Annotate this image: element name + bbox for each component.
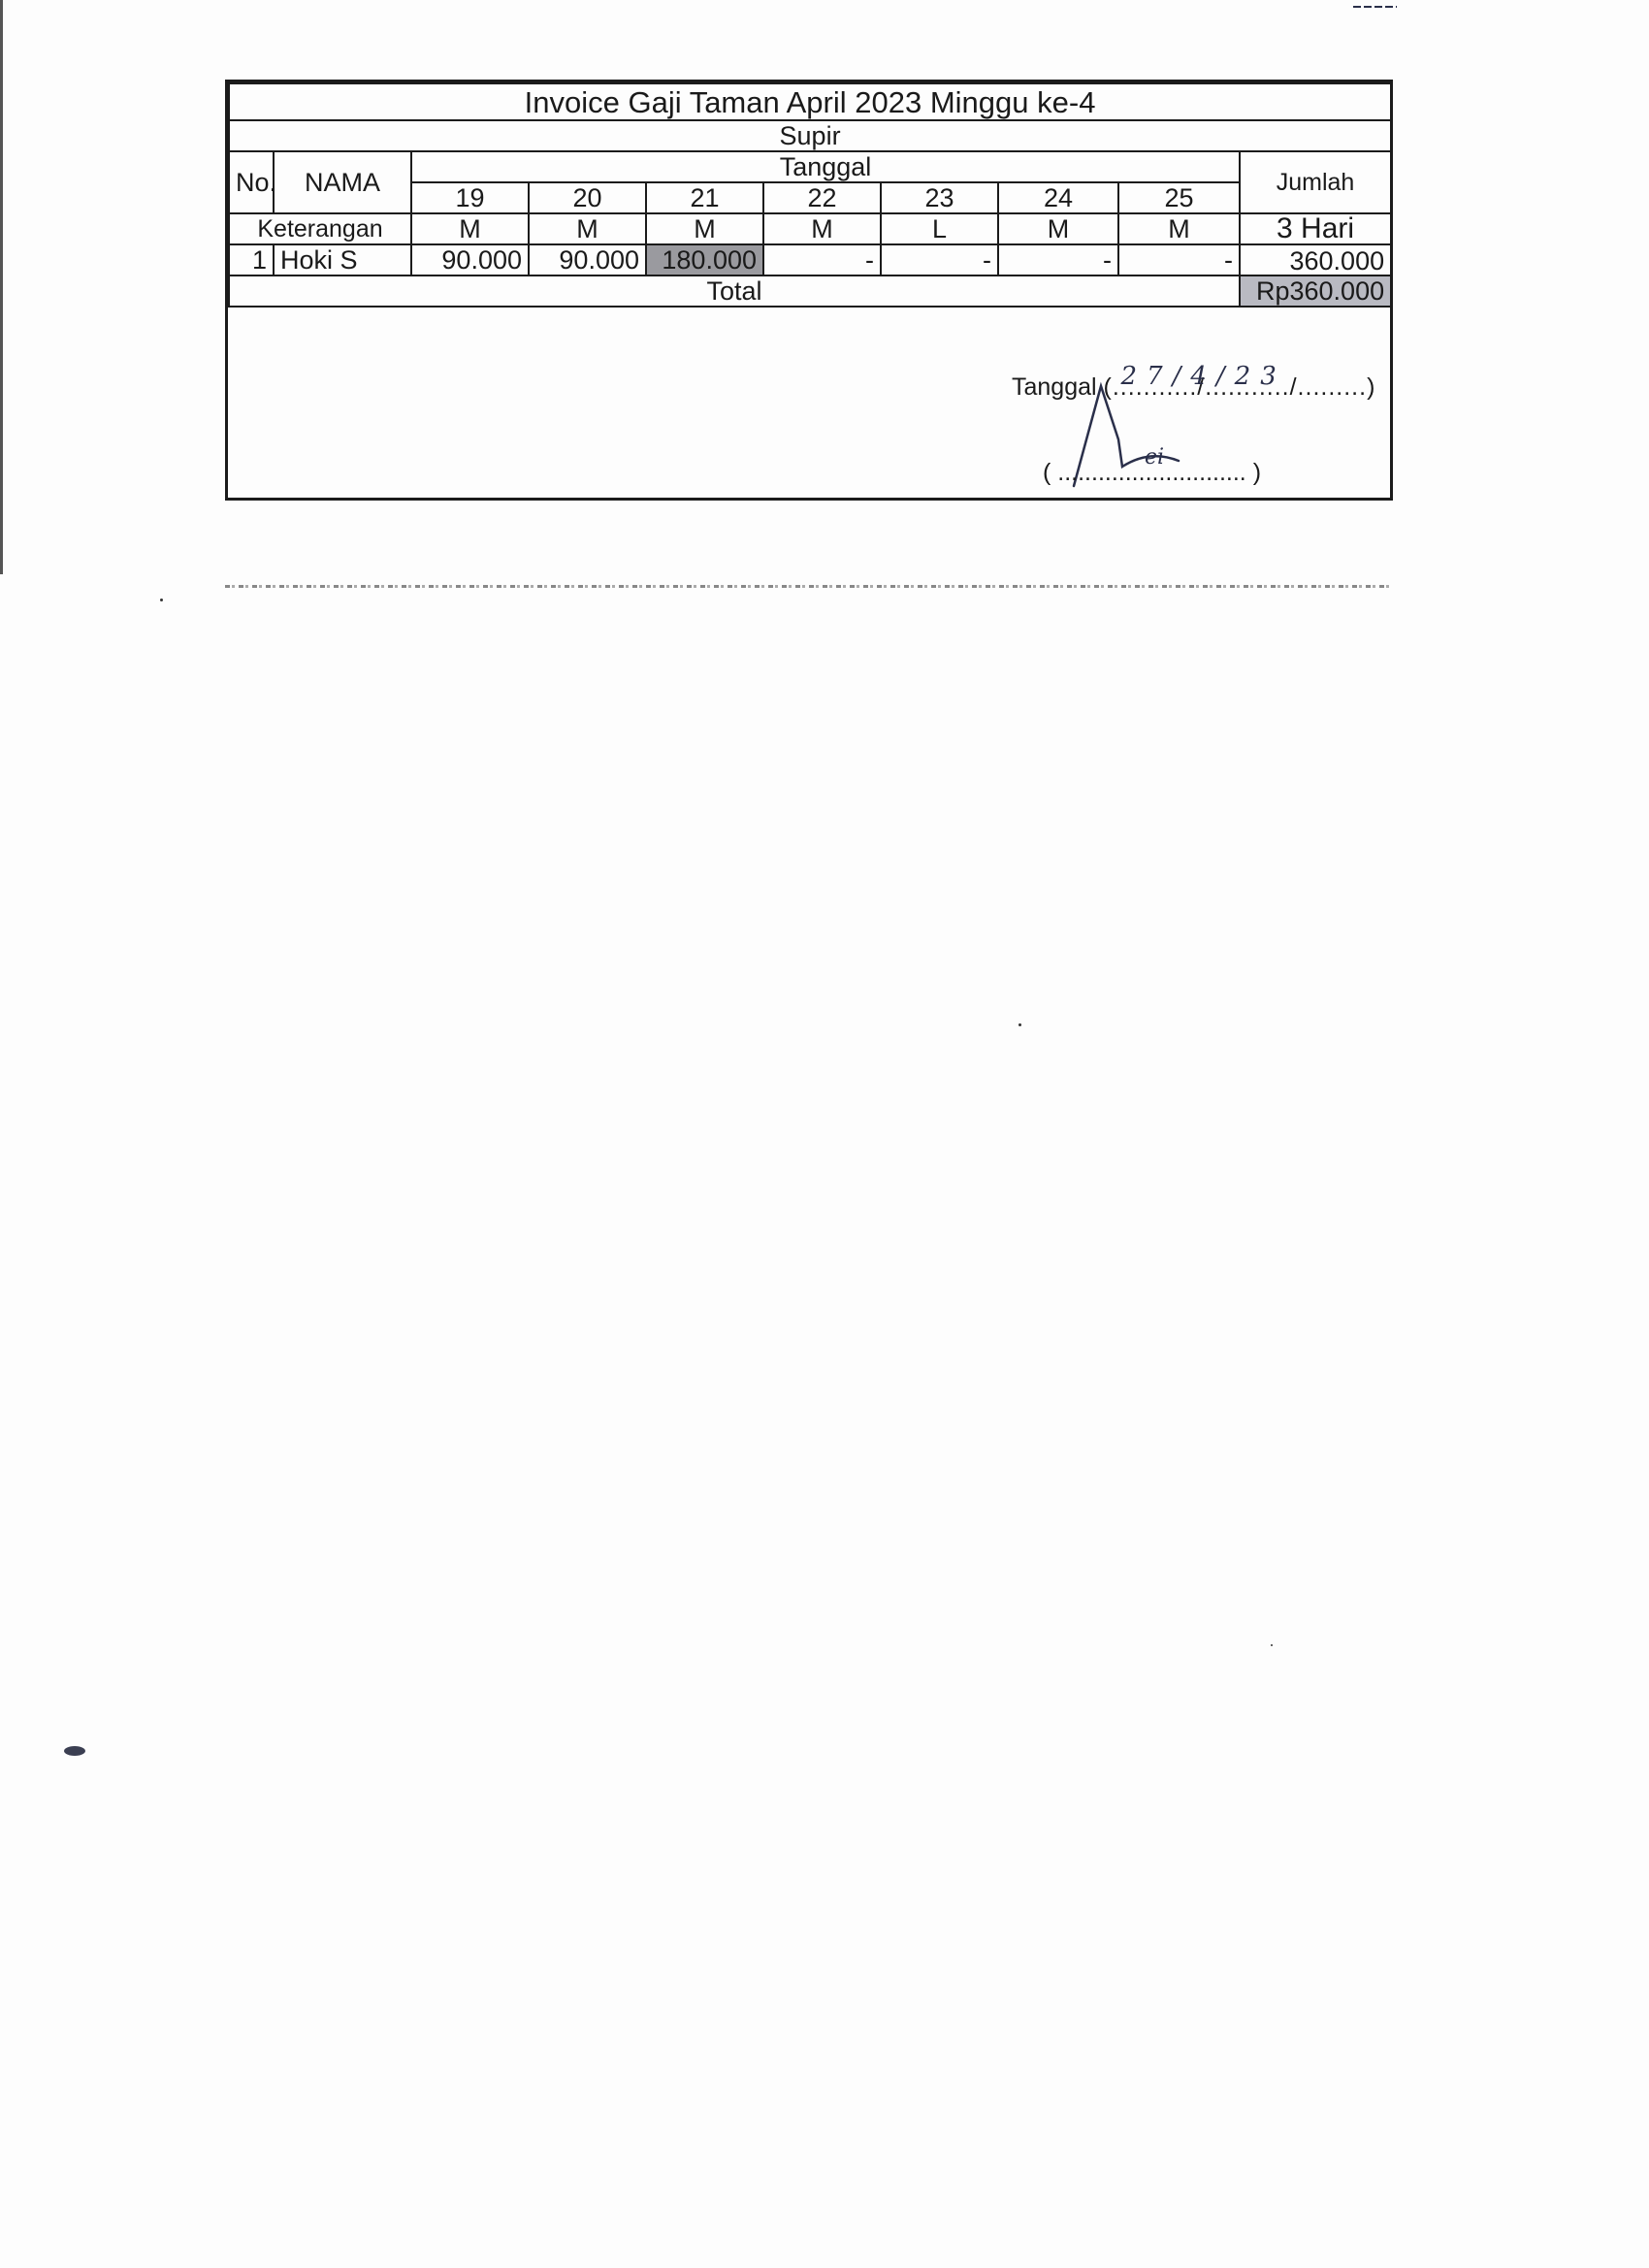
status-code-cell: M [646,213,763,244]
date-cell: 21 [646,182,763,213]
wage-cell: - [998,244,1118,275]
header-keterangan: Keterangan [229,213,411,244]
total-label: Total [229,275,1240,307]
status-code-cell: M [763,213,881,244]
dust-speck [1018,1023,1021,1026]
status-code-cell: M [1118,213,1240,244]
invoice-table-frame: Invoice Gaji Taman April 2023 Minggu ke-… [225,80,1393,501]
wage-cell: - [881,244,998,275]
dust-speck [160,599,163,601]
header-jumlah: Jumlah [1240,151,1391,213]
header-nama: NAMA [274,151,411,213]
invoice-title: Invoice Gaji Taman April 2023 Minggu ke-… [229,83,1391,120]
invoice-table: Invoice Gaji Taman April 2023 Minggu ke-… [228,82,1392,308]
scan-edge-shadow [0,0,3,574]
status-code-cell: M [998,213,1118,244]
wage-cell-highlighted: 180.000 [646,244,763,275]
header-no: No. [229,151,274,213]
wage-cell: - [1118,244,1240,275]
date-cell: 25 [1118,182,1240,213]
date-cell: 23 [881,182,998,213]
handwritten-signer-initials: ei [1145,445,1164,470]
employee-name: Hoki S [274,244,411,275]
wage-cell: 90.000 [411,244,529,275]
row-jumlah: 360.000 [1240,244,1391,275]
status-code-cell: M [529,213,646,244]
tear-perforation-line [225,585,1389,588]
signer-line: ( ............................ ) ei [1043,459,1261,487]
status-code-cell: M [411,213,529,244]
scan-artifact [1353,6,1397,8]
category-label: Supir [229,120,1391,151]
signature-area: Tanggal (.........../.........../.......… [228,344,1390,498]
date-cell: 22 [763,182,881,213]
total-row: Total Rp360.000 [229,275,1391,307]
dust-speck [1271,1644,1273,1646]
status-code-cell: L [881,213,998,244]
total-value: Rp360.000 [1240,275,1391,307]
date-cell: 20 [529,182,646,213]
row-number: 1 [229,244,274,275]
keterangan-row: Keterangan M M M M L M M 3 Hari [229,213,1391,244]
jumlah-hari: 3 Hari [1240,213,1391,244]
wage-cell: 90.000 [529,244,646,275]
date-cell: 19 [411,182,529,213]
date-cell: 24 [998,182,1118,213]
table-row: 1 Hoki S 90.000 90.000 180.000 - - - - 3… [229,244,1391,275]
header-tanggal: Tanggal [411,151,1240,182]
ink-blot [64,1746,85,1756]
wage-cell: - [763,244,881,275]
